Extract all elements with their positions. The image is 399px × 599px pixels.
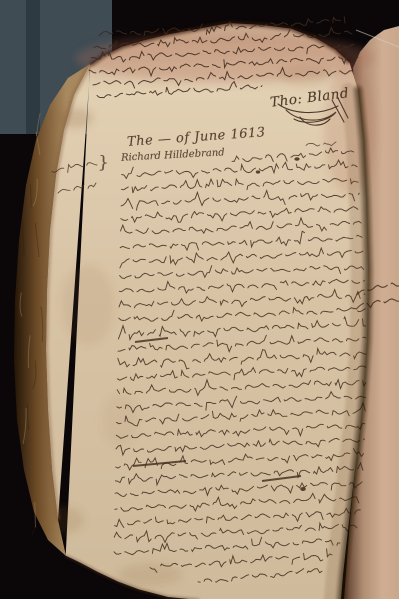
- manuscript-photo: The — of June 1613 Richard Hilldebrand T…: [0, 0, 399, 599]
- manuscript-photo-canvas: [0, 0, 399, 599]
